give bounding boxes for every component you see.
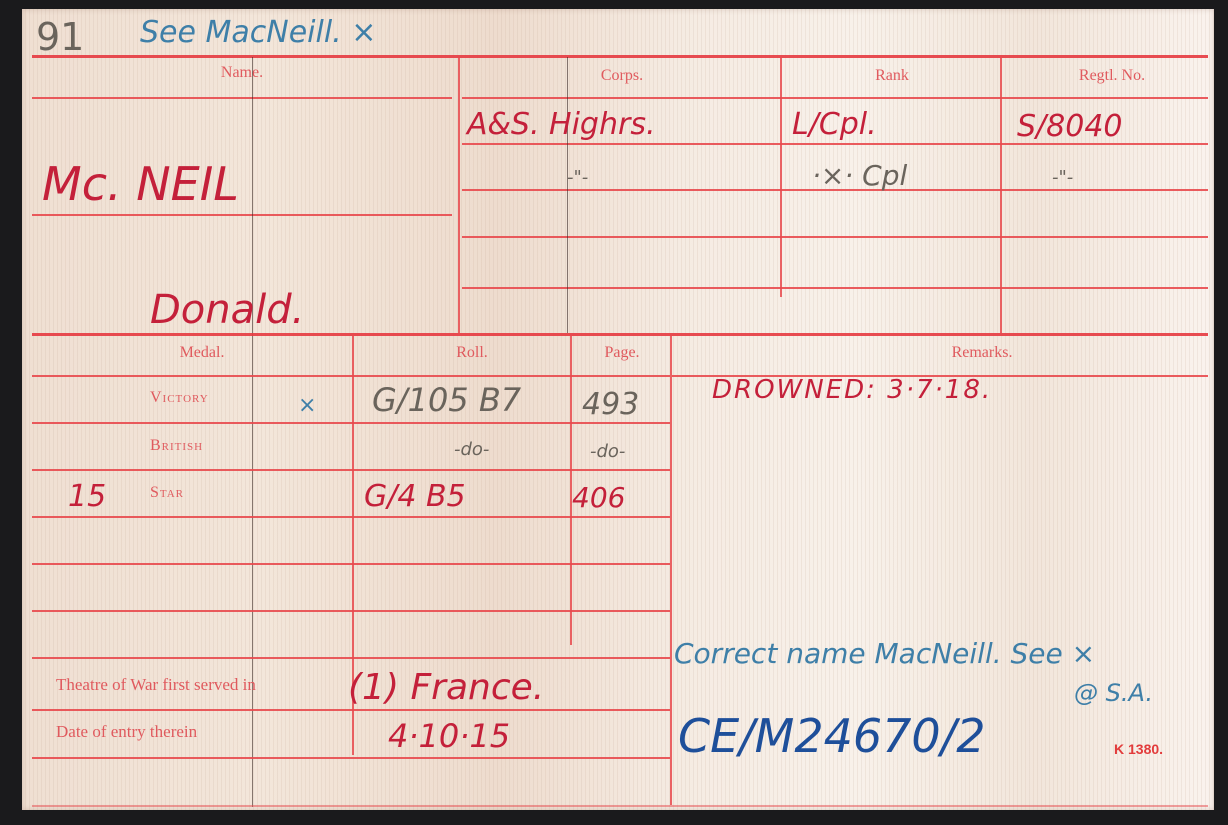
rank-value: L/Cpl. [792, 107, 877, 142]
see-also-note: See MacNeill. × [140, 15, 376, 50]
victory-roll: G/105 B7 [372, 381, 521, 419]
remarks-header: Remarks. [882, 344, 1082, 362]
form-number: K 1380. [1114, 741, 1163, 757]
star-roll: G/4 B5 [364, 479, 466, 514]
date-entry-label: Date of entry therein [56, 722, 197, 742]
rank-value-2: ·×· Cpl [812, 159, 907, 192]
regt-no-value: S/8040 [1017, 109, 1123, 144]
medal-victory-label: Victory [150, 389, 209, 407]
remarks-value: DROWNED: 3·7·18. [712, 375, 992, 405]
reference-number: CE/M24670/2 [678, 709, 985, 763]
british-roll: -do- [454, 439, 489, 460]
victory-mark: × [298, 393, 316, 418]
rank-header: Rank [822, 67, 962, 85]
pencil-number: 91 [36, 15, 84, 59]
roll-header: Roll. [412, 344, 532, 362]
correction-note-2: @ S.A. [1074, 679, 1153, 707]
medal-star-label: Star [150, 484, 184, 502]
name-header: Name. [172, 64, 312, 82]
divider [32, 55, 1208, 58]
regt-no-ditto: -"- [1052, 167, 1073, 188]
corps-header: Corps. [542, 67, 702, 85]
surname: Mc. NEIL [42, 157, 239, 211]
star-page: 406 [572, 481, 625, 514]
british-page: -do- [590, 441, 625, 462]
star-prefix: 15 [68, 479, 106, 514]
regt-no-header: Regtl. No. [1032, 67, 1192, 85]
page-header: Page. [582, 344, 662, 362]
theatre-label: Theatre of War first served in [56, 675, 256, 695]
correction-note: Correct name MacNeill. See × [674, 637, 1095, 670]
corps-ditto: -"- [567, 167, 588, 188]
victory-page: 493 [582, 387, 639, 422]
theatre-value: (1) France. [348, 667, 544, 708]
corps-value: A&S. Highrs. [467, 107, 655, 142]
date-entry-value: 4·10·15 [388, 717, 510, 755]
forename: Donald. [150, 287, 304, 333]
medal-index-card: 91 See MacNeill. × Name. Corps. Rank Reg… [22, 9, 1214, 810]
medal-british-label: British [150, 437, 203, 455]
medal-header: Medal. [142, 344, 262, 362]
divider [32, 333, 1208, 336]
